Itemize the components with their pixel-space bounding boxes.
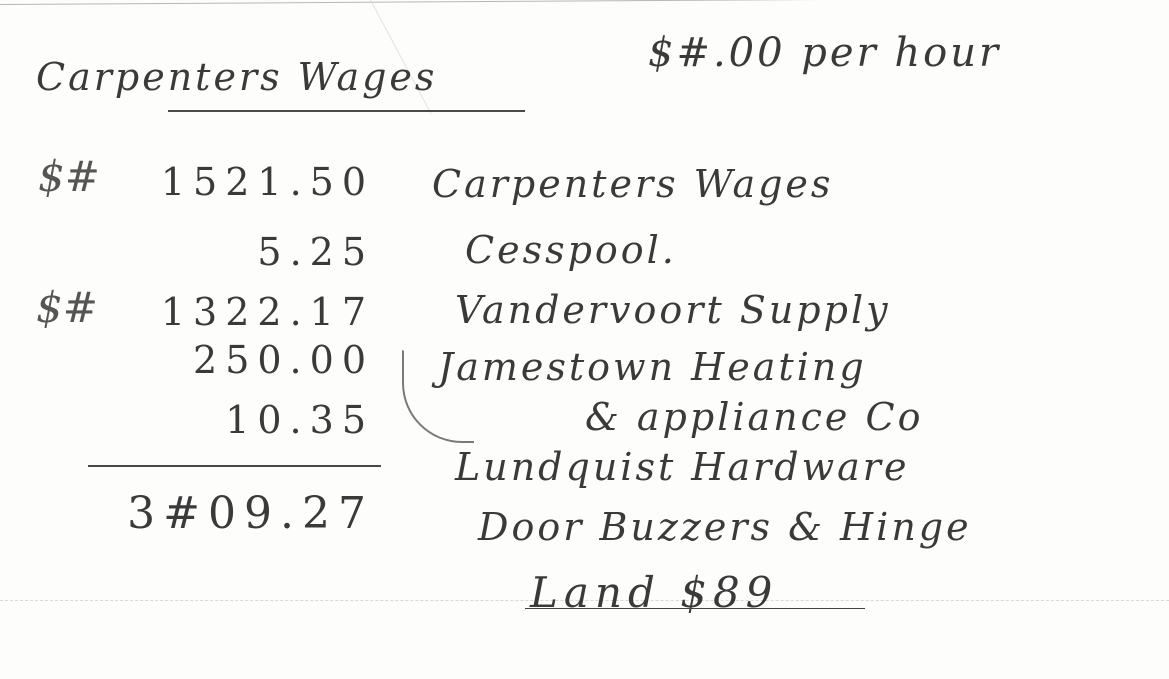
item-description-4-cont: & appliance Co bbox=[585, 395, 923, 439]
item-description-4: Jamestown Heating bbox=[438, 345, 867, 389]
sum-rule bbox=[88, 465, 381, 467]
header-title: Carpenters Wages bbox=[36, 55, 437, 99]
footer-struck-note: Land $89 bbox=[530, 568, 778, 617]
amount-4: 250.00 bbox=[193, 338, 374, 382]
item-description-5-cont: Door Buzzers & Hinge bbox=[478, 505, 972, 549]
item-description-3: Vandervoort Supply bbox=[455, 288, 891, 332]
amount-total: 3#09.27 bbox=[127, 488, 374, 539]
header-underline bbox=[168, 110, 525, 112]
item-description-1: Carpenters Wages bbox=[432, 162, 833, 206]
amount-2: 5.25 bbox=[257, 230, 374, 274]
amount-1: 1521.50 bbox=[161, 160, 374, 204]
amount-prefix-3: $# bbox=[36, 283, 98, 332]
item-description-2: Cesspool. bbox=[465, 228, 677, 272]
header-rate: $#.00 per hour bbox=[648, 30, 1001, 76]
amount-3: 1322.17 bbox=[161, 290, 374, 334]
amount-5: 10.35 bbox=[225, 398, 374, 442]
amount-prefix-1: $# bbox=[38, 152, 100, 201]
footer-strikethrough bbox=[525, 608, 865, 609]
item-description-5: Lundquist Hardware bbox=[455, 445, 909, 489]
